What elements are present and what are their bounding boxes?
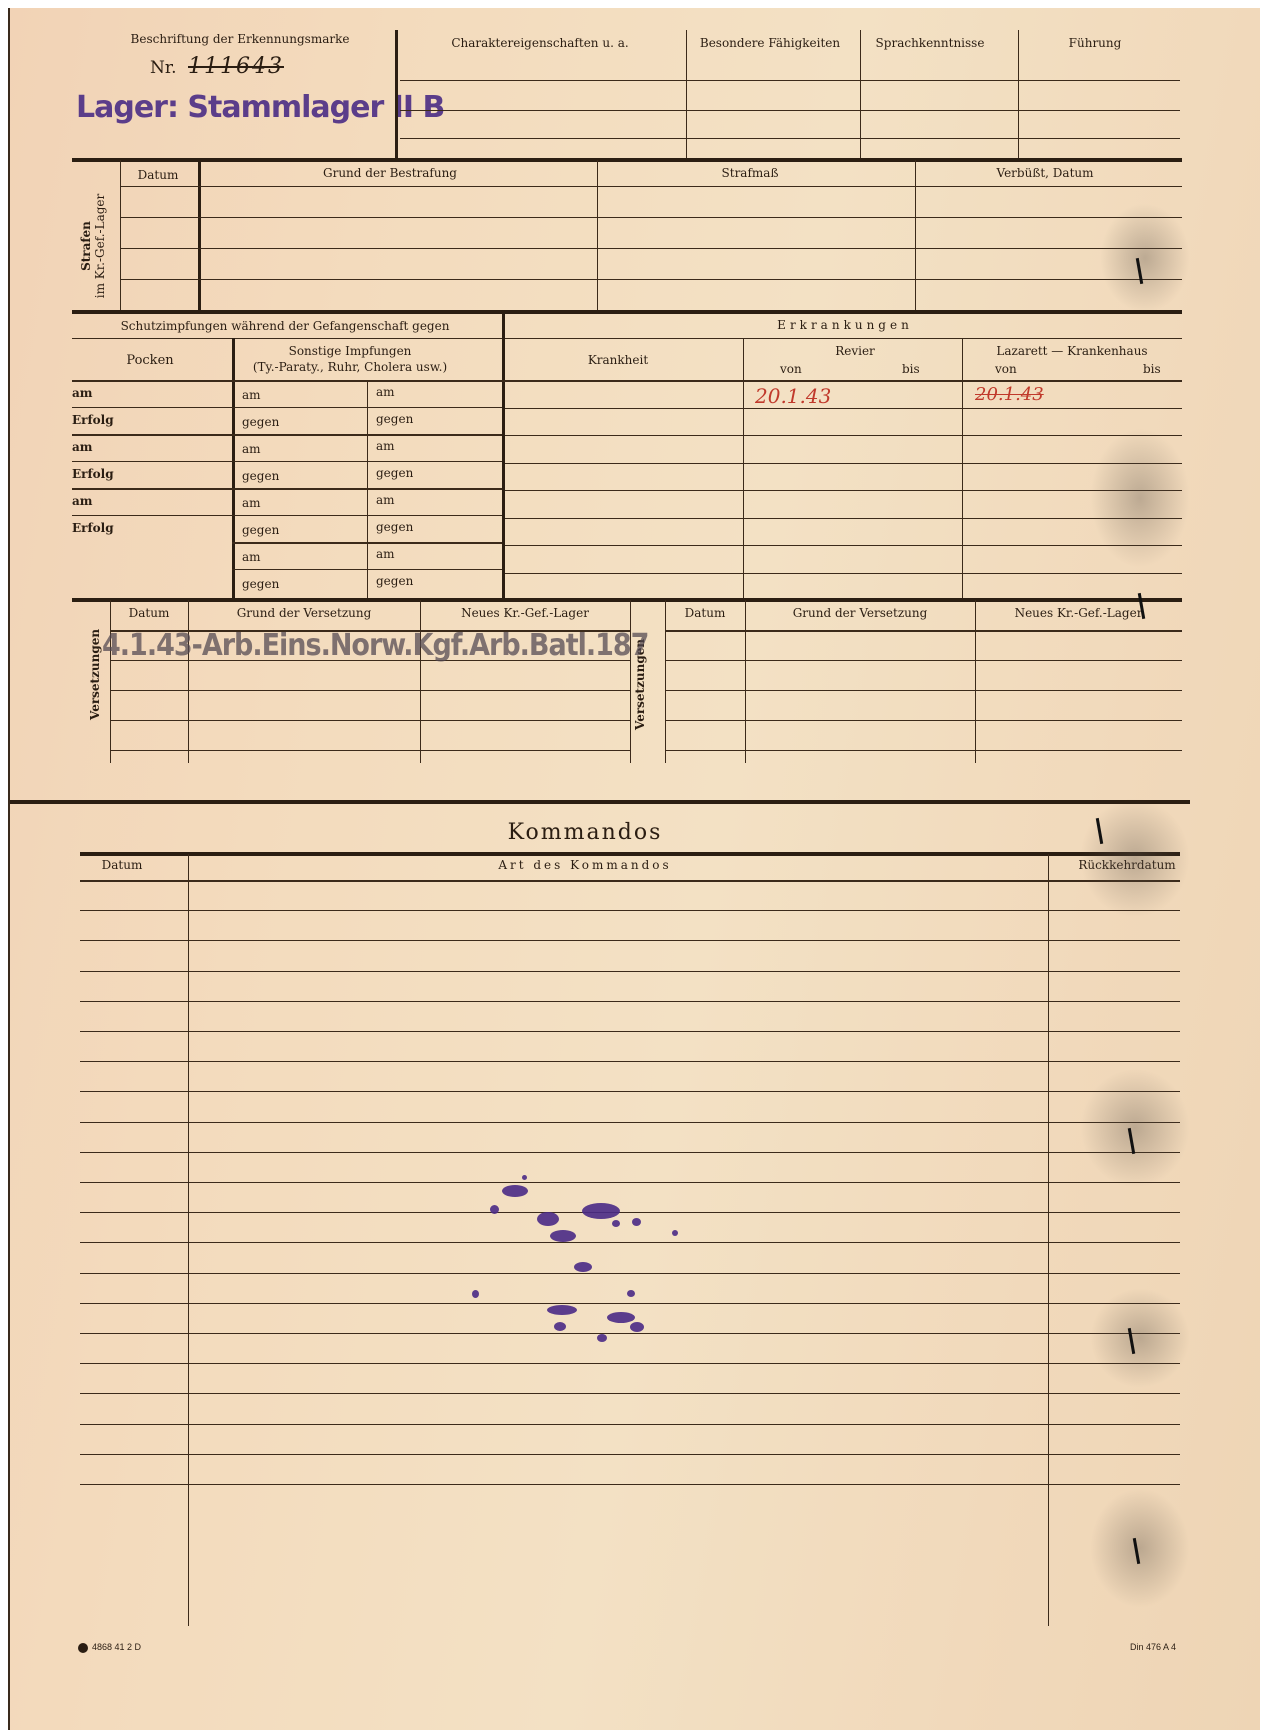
table-row-rule xyxy=(120,217,1182,218)
kommandos-title: Kommandos xyxy=(508,820,663,845)
header-col-conduct: Führung xyxy=(1069,36,1122,50)
lager-stamp: Lager: Stammlager II B xyxy=(76,90,444,125)
transfer-col-date: Datum xyxy=(685,606,726,620)
vacc-col-other-2: (Ty.-Paraty., Ruhr, Cholera usw.) xyxy=(253,360,447,374)
header-col-abilities: Besondere Fähigkeiten xyxy=(700,36,840,50)
table-row-rule xyxy=(505,463,1182,464)
other-vacc-label: gegen xyxy=(242,577,279,591)
table-row-rule xyxy=(505,573,1182,574)
table-row-rule xyxy=(110,720,630,721)
illness-lazarett-from: 20.1.43 xyxy=(975,384,1044,405)
table-row-rule xyxy=(120,248,1182,249)
transfer-col-new-camp: Neues Kr.-Gef.-Lager xyxy=(1015,606,1143,620)
divider xyxy=(743,338,744,598)
rule xyxy=(400,138,1180,139)
divider xyxy=(420,600,421,763)
revier-bis: bis xyxy=(902,362,920,376)
illness-col-revier: Revier xyxy=(835,344,875,358)
other-vacc-label: am xyxy=(242,550,261,564)
table-row-rule xyxy=(80,1122,1180,1123)
ink-spot xyxy=(502,1185,528,1197)
transfers-side-label-left: Versetzungen xyxy=(88,630,102,720)
ink-spot xyxy=(632,1218,641,1226)
divider xyxy=(962,338,963,598)
ink-spot xyxy=(537,1212,559,1226)
transfer-col-reason: Grund der Versetzung xyxy=(793,606,928,620)
table-row-rule xyxy=(120,186,1182,187)
ink-spot xyxy=(630,1322,644,1332)
ink-spot xyxy=(522,1175,527,1180)
nr-value: 111643 xyxy=(188,54,284,79)
table-row-rule xyxy=(665,750,1182,751)
divider xyxy=(198,160,201,310)
lazarett-von: von xyxy=(995,362,1017,376)
table-row-rule xyxy=(505,435,1182,436)
other-vacc-label: am xyxy=(376,439,395,453)
table-row-rule xyxy=(80,1363,1180,1364)
vacc-col-other-1: Sonstige Impfungen xyxy=(289,344,412,358)
divider xyxy=(915,160,916,310)
ink-spot xyxy=(597,1334,607,1342)
punish-col-served: Verbüßt, Datum xyxy=(997,166,1094,180)
divider xyxy=(120,160,121,310)
other-vacc-label: gegen xyxy=(242,469,279,483)
table-row-rule xyxy=(665,660,1182,661)
vacc-col-pocken: Pocken xyxy=(126,353,173,368)
section-rule xyxy=(72,310,1182,314)
crease-mark xyxy=(1100,203,1190,313)
pocken-row-label: Erfolg xyxy=(72,467,114,481)
table-row-rule xyxy=(72,488,502,490)
table-row-rule xyxy=(80,1424,1180,1425)
rule xyxy=(505,338,1182,339)
ink-spot xyxy=(472,1290,479,1298)
table-row-rule xyxy=(110,750,630,751)
ink-spot xyxy=(582,1203,620,1219)
revier-von: von xyxy=(780,362,802,376)
punish-col-date: Datum xyxy=(138,168,179,182)
ink-spot xyxy=(612,1220,620,1227)
table-row-rule xyxy=(80,1001,1180,1002)
punish-col-measure: Strafmaß xyxy=(722,166,779,180)
other-vacc-label: am xyxy=(242,496,261,510)
table-row-rule xyxy=(80,1182,1180,1183)
section-rule xyxy=(80,852,1180,856)
table-row-rule xyxy=(80,940,1180,941)
table-row-rule xyxy=(80,971,1180,972)
header-col-character: Charaktereigenschaften u. a. xyxy=(451,36,628,50)
divider xyxy=(975,600,976,763)
table-row-rule xyxy=(80,1303,1180,1304)
table-row-rule xyxy=(80,1152,1180,1153)
illness-revier-from: 20.1.43 xyxy=(755,384,831,408)
transfer-col-date: Datum xyxy=(129,606,170,620)
transfer-stamp: 4.1.43-Arb.Eins.Norw.Kgf.Arb.Batl.187 xyxy=(102,628,648,663)
table-row-rule xyxy=(505,490,1182,491)
punish-col-reason: Grund der Bestrafung xyxy=(323,166,457,180)
table-row-rule xyxy=(665,720,1182,721)
table-row-rule xyxy=(80,1061,1180,1062)
crease-mark xyxy=(1090,1488,1190,1608)
kommandos-col-type: Art des Kommandos xyxy=(498,858,671,872)
footer-right: Din 476 A 4 xyxy=(1130,1642,1176,1652)
rule xyxy=(400,80,1180,81)
table-row-rule xyxy=(232,569,502,570)
crease-mark xyxy=(1090,1288,1190,1388)
table-row-rule xyxy=(505,518,1182,519)
transfer-col-new-camp: Neues Kr.-Gef.-Lager xyxy=(461,606,589,620)
other-vacc-label: am xyxy=(376,547,395,561)
other-vacc-label: am xyxy=(242,442,261,456)
other-vacc-label: am xyxy=(376,385,395,399)
id-tag-label: Beschriftung der Erkennungsmarke xyxy=(131,32,350,46)
section-rule xyxy=(72,598,1182,602)
rule xyxy=(72,338,502,339)
divider xyxy=(665,600,666,763)
footer-left: 4868 41 2 D xyxy=(78,1642,141,1653)
table-header-rule xyxy=(665,630,1182,632)
divider xyxy=(188,600,189,763)
ink-spot xyxy=(607,1312,635,1323)
printer-mark-icon xyxy=(78,1643,88,1653)
table-row-rule xyxy=(505,545,1182,546)
rule xyxy=(72,380,1182,382)
table-row-rule xyxy=(80,1333,1180,1334)
pocken-row-label: am xyxy=(72,494,92,508)
table-row-rule xyxy=(72,461,502,462)
side-label-line2: im Kr.-Gef.-Lager xyxy=(93,181,107,311)
side-label-line1: Strafen xyxy=(79,181,93,311)
ink-spot xyxy=(547,1305,577,1315)
table-row-rule xyxy=(80,1031,1180,1032)
pocken-row-label: Erfolg xyxy=(72,521,114,535)
pocken-row-label: am xyxy=(72,440,92,454)
ink-spot xyxy=(574,1262,592,1272)
nr-label: Nr. xyxy=(150,58,177,78)
table-row-rule xyxy=(665,690,1182,691)
table-row-rule xyxy=(80,1242,1180,1243)
ink-spot xyxy=(490,1205,499,1214)
table-row-rule xyxy=(232,542,502,544)
divider xyxy=(597,160,598,310)
divider xyxy=(630,600,631,763)
punishments-side-label: Strafen im Kr.-Gef.-Lager xyxy=(79,181,107,311)
other-vacc-label: gegen xyxy=(376,520,413,534)
table-row-rule xyxy=(80,910,1180,911)
ink-spot xyxy=(550,1230,576,1242)
table-row-rule xyxy=(80,1212,1180,1213)
kommandos-col-date: Datum xyxy=(102,858,143,872)
table-row-rule xyxy=(80,1273,1180,1274)
pocken-row-label: am xyxy=(72,386,92,400)
other-vacc-label: gegen xyxy=(376,466,413,480)
divider xyxy=(745,600,746,763)
other-vacc-label: gegen xyxy=(242,415,279,429)
transfer-col-reason: Grund der Versetzung xyxy=(237,606,372,620)
table-row-rule xyxy=(80,1454,1180,1455)
illness-col-lazarett: Lazarett — Krankenhaus xyxy=(996,344,1147,358)
rule xyxy=(400,110,1180,111)
table-row-rule xyxy=(72,407,502,408)
divider xyxy=(110,600,111,763)
section-rule xyxy=(72,158,1182,162)
illness-title: Erkrankungen xyxy=(777,318,913,332)
other-vacc-label: am xyxy=(242,388,261,402)
header-col-languages: Sprachkenntnisse xyxy=(876,36,985,50)
table-row-rule xyxy=(80,1484,1180,1485)
table-row-rule xyxy=(72,515,502,516)
table-row-rule xyxy=(80,1091,1180,1092)
section-rule xyxy=(10,800,1190,804)
vacc-title: Schutzimpfungen während der Gefangenscha… xyxy=(121,319,450,333)
divider xyxy=(232,338,235,598)
ink-spot xyxy=(627,1290,635,1297)
other-vacc-label: am xyxy=(376,493,395,507)
ink-spot xyxy=(672,1230,678,1236)
other-vacc-label: gegen xyxy=(376,574,413,588)
table-row-rule xyxy=(72,434,502,436)
header-divider xyxy=(395,30,398,158)
illness-col-krankheit: Krankheit xyxy=(588,353,648,367)
lazarett-bis: bis xyxy=(1143,362,1161,376)
record-card: Beschriftung der Erkennungsmarke Nr. 111… xyxy=(8,8,1260,1730)
crease-mark xyxy=(1080,1068,1190,1188)
divider xyxy=(502,312,505,598)
table-row-rule xyxy=(505,408,1182,409)
table-row-rule xyxy=(110,690,630,691)
other-vacc-label: gegen xyxy=(242,523,279,537)
crease-mark xyxy=(1080,798,1190,918)
table-row-rule xyxy=(120,279,1182,280)
table-row-rule xyxy=(80,1393,1180,1394)
ink-spot xyxy=(554,1322,566,1331)
table-row-rule xyxy=(80,880,1180,882)
footer-left-code: 4868 41 2 D xyxy=(92,1642,141,1652)
other-vacc-label: gegen xyxy=(376,412,413,426)
pocken-row-label: Erfolg xyxy=(72,413,114,427)
crease-mark xyxy=(1090,428,1190,568)
